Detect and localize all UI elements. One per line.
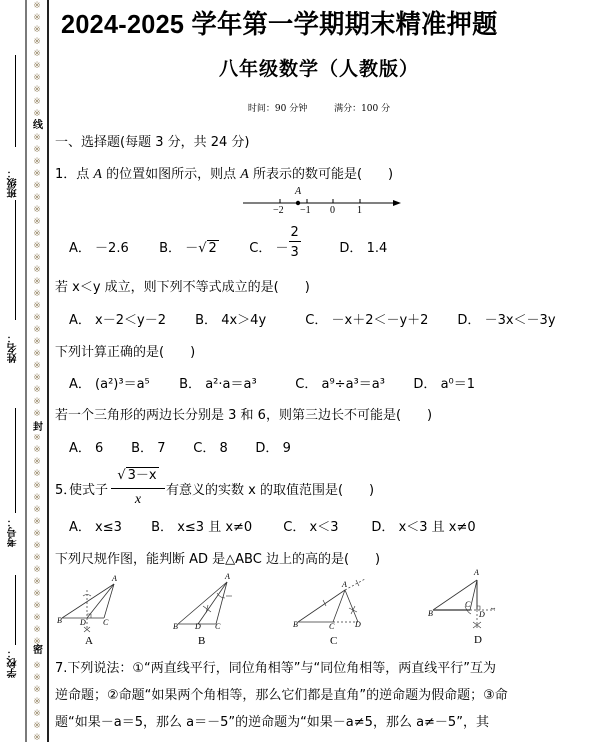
option-c[interactable]: C． a⁹÷a³＝a³ bbox=[295, 373, 409, 392]
star-glyph: ※ bbox=[29, 684, 45, 696]
star-glyph: ※ bbox=[29, 408, 45, 420]
option-c[interactable]: C． x＜3 bbox=[283, 516, 367, 535]
question-2-options: A． x－2＜y－2 B． 4x＞4y C． －x＋2＜－y＋2 D． －3x＜… bbox=[69, 309, 556, 328]
star-glyph: ※ bbox=[29, 528, 45, 540]
star-glyph: ※ bbox=[29, 300, 45, 312]
class-label: 班级： bbox=[7, 168, 21, 198]
star-glyph: ※ bbox=[29, 288, 45, 300]
question-5-options: A． x≤3 B． x≤3 且 x≠0 C． x＜3 D． x＜3 且 x≠0 bbox=[69, 516, 476, 535]
option-a[interactable]: A． (a²)³＝a⁵ bbox=[69, 373, 175, 392]
fill-line-class bbox=[15, 55, 16, 147]
seal-char-secret: 密 bbox=[31, 645, 45, 657]
question-6-stem: 下列尺规作图，能判断 AD 是△ABC 边上的高的是( ) bbox=[55, 548, 380, 567]
star-glyph: ※ bbox=[29, 168, 45, 180]
seal-char-seal: 封 bbox=[31, 422, 45, 434]
section-heading: 一、选择题(每题 3 分，共 24 分) bbox=[55, 131, 250, 150]
option-b[interactable]: B． 4x＞4y bbox=[195, 309, 301, 328]
star-glyph: ※ bbox=[29, 144, 45, 156]
binding-margin: 班级： 姓名： 考号： 学校： ※※※※※※※※※※※※※※※※※※※※※※※※… bbox=[0, 0, 52, 742]
tick-label: 0 bbox=[330, 205, 335, 216]
fill-line-name bbox=[15, 200, 16, 320]
star-glyph: ※ bbox=[29, 396, 45, 408]
star-glyph: ※ bbox=[29, 372, 45, 384]
star-glyph: ※ bbox=[29, 468, 45, 480]
star-glyph: ※ bbox=[29, 576, 45, 588]
star-glyph: ※ bbox=[29, 216, 45, 228]
star-glyph: ※ bbox=[29, 48, 45, 60]
star-glyph: ※ bbox=[29, 96, 45, 108]
star-glyph: ※ bbox=[29, 132, 45, 144]
name-label: 姓名： bbox=[7, 333, 21, 363]
star-border: ※※※※※※※※※※※※※※※※※※※※※※※※※※※※※※※※※※※※※※※※… bbox=[29, 0, 45, 742]
exam-no-label: 考号： bbox=[7, 517, 21, 547]
star-glyph: ※ bbox=[29, 192, 45, 204]
option-d[interactable]: D． a⁰＝1 bbox=[413, 373, 475, 392]
question-1-stem: 1．点 A 的位置如图所示，则点 A 所表示的数可能是() bbox=[55, 163, 393, 183]
seal-char-line: 线 bbox=[31, 120, 45, 132]
star-glyph: ※ bbox=[29, 336, 45, 348]
option-c[interactable]: C． 8 bbox=[193, 437, 251, 456]
star-glyph: ※ bbox=[29, 540, 45, 552]
star-glyph: ※ bbox=[29, 348, 45, 360]
star-glyph: ※ bbox=[29, 108, 45, 120]
fraction-expression: √3－x x bbox=[111, 462, 165, 508]
option-a[interactable]: A． 6 bbox=[69, 437, 127, 456]
figure-label: B bbox=[198, 635, 205, 647]
exam-meta: 时间：90 分钟 满分：100 分 bbox=[55, 101, 595, 114]
number-line-svg bbox=[243, 188, 403, 218]
question-1-options: A． －2.6 B． －√2 C． －23 D． 1.4 bbox=[69, 237, 387, 259]
star-glyph: ※ bbox=[29, 24, 45, 36]
star-glyph: ※ bbox=[29, 492, 45, 504]
star-glyph: ※ bbox=[29, 264, 45, 276]
option-a[interactable]: A． x≤3 bbox=[69, 516, 147, 535]
star-glyph: ※ bbox=[29, 252, 45, 264]
question-7-line-1: 7.下列说法：①“两直线平行，同位角相等”与“同位角相等，两直线平行”互为 bbox=[55, 655, 590, 682]
star-glyph: ※ bbox=[29, 516, 45, 528]
star-glyph: ※ bbox=[29, 552, 45, 564]
option-c[interactable]: C． －x＋2＜－y＋2 bbox=[305, 309, 453, 328]
star-glyph: ※ bbox=[29, 720, 45, 732]
binding-rail-right bbox=[47, 0, 49, 742]
question-3-stem: 下列计算正确的是( ) bbox=[55, 341, 195, 360]
option-d[interactable]: D． 1.4 bbox=[339, 237, 387, 256]
star-glyph: ※ bbox=[29, 612, 45, 624]
triangle-figure-c-svg bbox=[293, 578, 378, 638]
option-c[interactable]: C． －23 bbox=[249, 237, 335, 259]
star-glyph: ※ bbox=[29, 588, 45, 600]
tick-label: −1 bbox=[300, 205, 311, 216]
triangle-figure-b-svg bbox=[173, 578, 243, 638]
figure-label: C bbox=[330, 635, 337, 647]
star-glyph: ※ bbox=[29, 324, 45, 336]
option-b[interactable]: B． a²·a＝a³ bbox=[179, 373, 291, 392]
exam-subtitle: 八年级数学（人教版） bbox=[55, 54, 595, 81]
star-glyph: ※ bbox=[29, 600, 45, 612]
option-d[interactable]: D． x＜3 且 x≠0 bbox=[371, 516, 475, 535]
figure-b[interactable]: B D C A B bbox=[173, 578, 243, 650]
option-b[interactable]: B． 7 bbox=[131, 437, 189, 456]
question-2-stem: 若 x＜y 成立，则下列不等式成立的是( ) bbox=[55, 276, 310, 295]
school-label: 学校： bbox=[7, 648, 21, 678]
question-7-text: 7.下列说法：①“两直线平行，同位角相等”与“同位角相等，两直线平行”互为 逆命… bbox=[55, 655, 590, 736]
fill-line-exam-no bbox=[15, 408, 16, 513]
star-glyph: ※ bbox=[29, 444, 45, 456]
star-glyph: ※ bbox=[29, 672, 45, 684]
triangle-figure-a-svg bbox=[57, 578, 127, 638]
question-4-options: A． 6 B． 7 C． 8 D． 9 bbox=[69, 437, 291, 456]
star-glyph: ※ bbox=[29, 624, 45, 636]
option-a[interactable]: A． －2.6 bbox=[69, 237, 155, 256]
star-glyph: ※ bbox=[29, 312, 45, 324]
star-glyph: ※ bbox=[29, 696, 45, 708]
option-d[interactable]: D． －3x＜－3y bbox=[457, 309, 555, 328]
tick-label: −2 bbox=[273, 205, 284, 216]
tick-label: 1 bbox=[357, 205, 362, 216]
exam-score: 满分：100 分 bbox=[334, 104, 390, 114]
star-glyph: ※ bbox=[29, 480, 45, 492]
star-glyph: ※ bbox=[29, 456, 45, 468]
star-glyph: ※ bbox=[29, 276, 45, 288]
star-glyph: ※ bbox=[29, 72, 45, 84]
star-glyph: ※ bbox=[29, 660, 45, 672]
star-glyph: ※ bbox=[29, 564, 45, 576]
star-glyph: ※ bbox=[29, 60, 45, 72]
exam-time: 时间：90 分钟 bbox=[248, 104, 307, 114]
question-4-stem: 若一个三角形的两边长分别是 3 和 6，则第三边长不可能是( ) bbox=[55, 404, 432, 423]
option-b[interactable]: B． x≤3 且 x≠0 bbox=[151, 516, 279, 535]
star-glyph: ※ bbox=[29, 156, 45, 168]
figure-a[interactable]: B D C A A bbox=[57, 578, 127, 650]
question-7-line-3: 题“如果－a＝5，那么 a＝－5”的逆命题为“如果－a≠5，那么 a≠－5”，其 bbox=[55, 709, 590, 736]
question-3-options: A． (a²)³＝a⁵ B． a²·a＝a³ C． a⁹÷a³＝a³ D． a⁰… bbox=[69, 373, 475, 392]
star-glyph: ※ bbox=[29, 732, 45, 742]
star-glyph: ※ bbox=[29, 36, 45, 48]
star-glyph: ※ bbox=[29, 708, 45, 720]
star-glyph: ※ bbox=[29, 360, 45, 372]
star-glyph: ※ bbox=[29, 180, 45, 192]
figure-label: D bbox=[474, 634, 482, 646]
question-7-line-2: 逆命题；②命题“如果两个角相等，那么它们都是直角”的逆命题为假命题；③命 bbox=[55, 682, 590, 709]
point-a-label: A bbox=[295, 186, 301, 197]
star-glyph: ※ bbox=[29, 204, 45, 216]
figure-c[interactable]: B C D A C bbox=[293, 578, 378, 650]
option-d[interactable]: D． 9 bbox=[255, 437, 290, 456]
option-a[interactable]: A． x－2＜y－2 bbox=[69, 309, 191, 328]
star-glyph: ※ bbox=[29, 0, 45, 12]
binding-rail-left bbox=[25, 0, 27, 742]
star-glyph: ※ bbox=[29, 228, 45, 240]
number-line-figure: A −2 −1 0 1 bbox=[243, 188, 403, 218]
star-glyph: ※ bbox=[29, 504, 45, 516]
star-glyph: ※ bbox=[29, 384, 45, 396]
triangle-figure-d-svg bbox=[427, 572, 517, 636]
fill-line-school bbox=[15, 575, 16, 645]
star-glyph: ※ bbox=[29, 12, 45, 24]
star-glyph: ※ bbox=[29, 84, 45, 96]
figure-d[interactable]: B C D A D bbox=[427, 572, 517, 650]
option-b[interactable]: B． －√2 bbox=[159, 237, 245, 256]
figure-label: A bbox=[85, 635, 93, 647]
exam-title: 2024-2025 学年第一学期期末精准押题 bbox=[61, 4, 498, 41]
star-glyph: ※ bbox=[29, 240, 45, 252]
